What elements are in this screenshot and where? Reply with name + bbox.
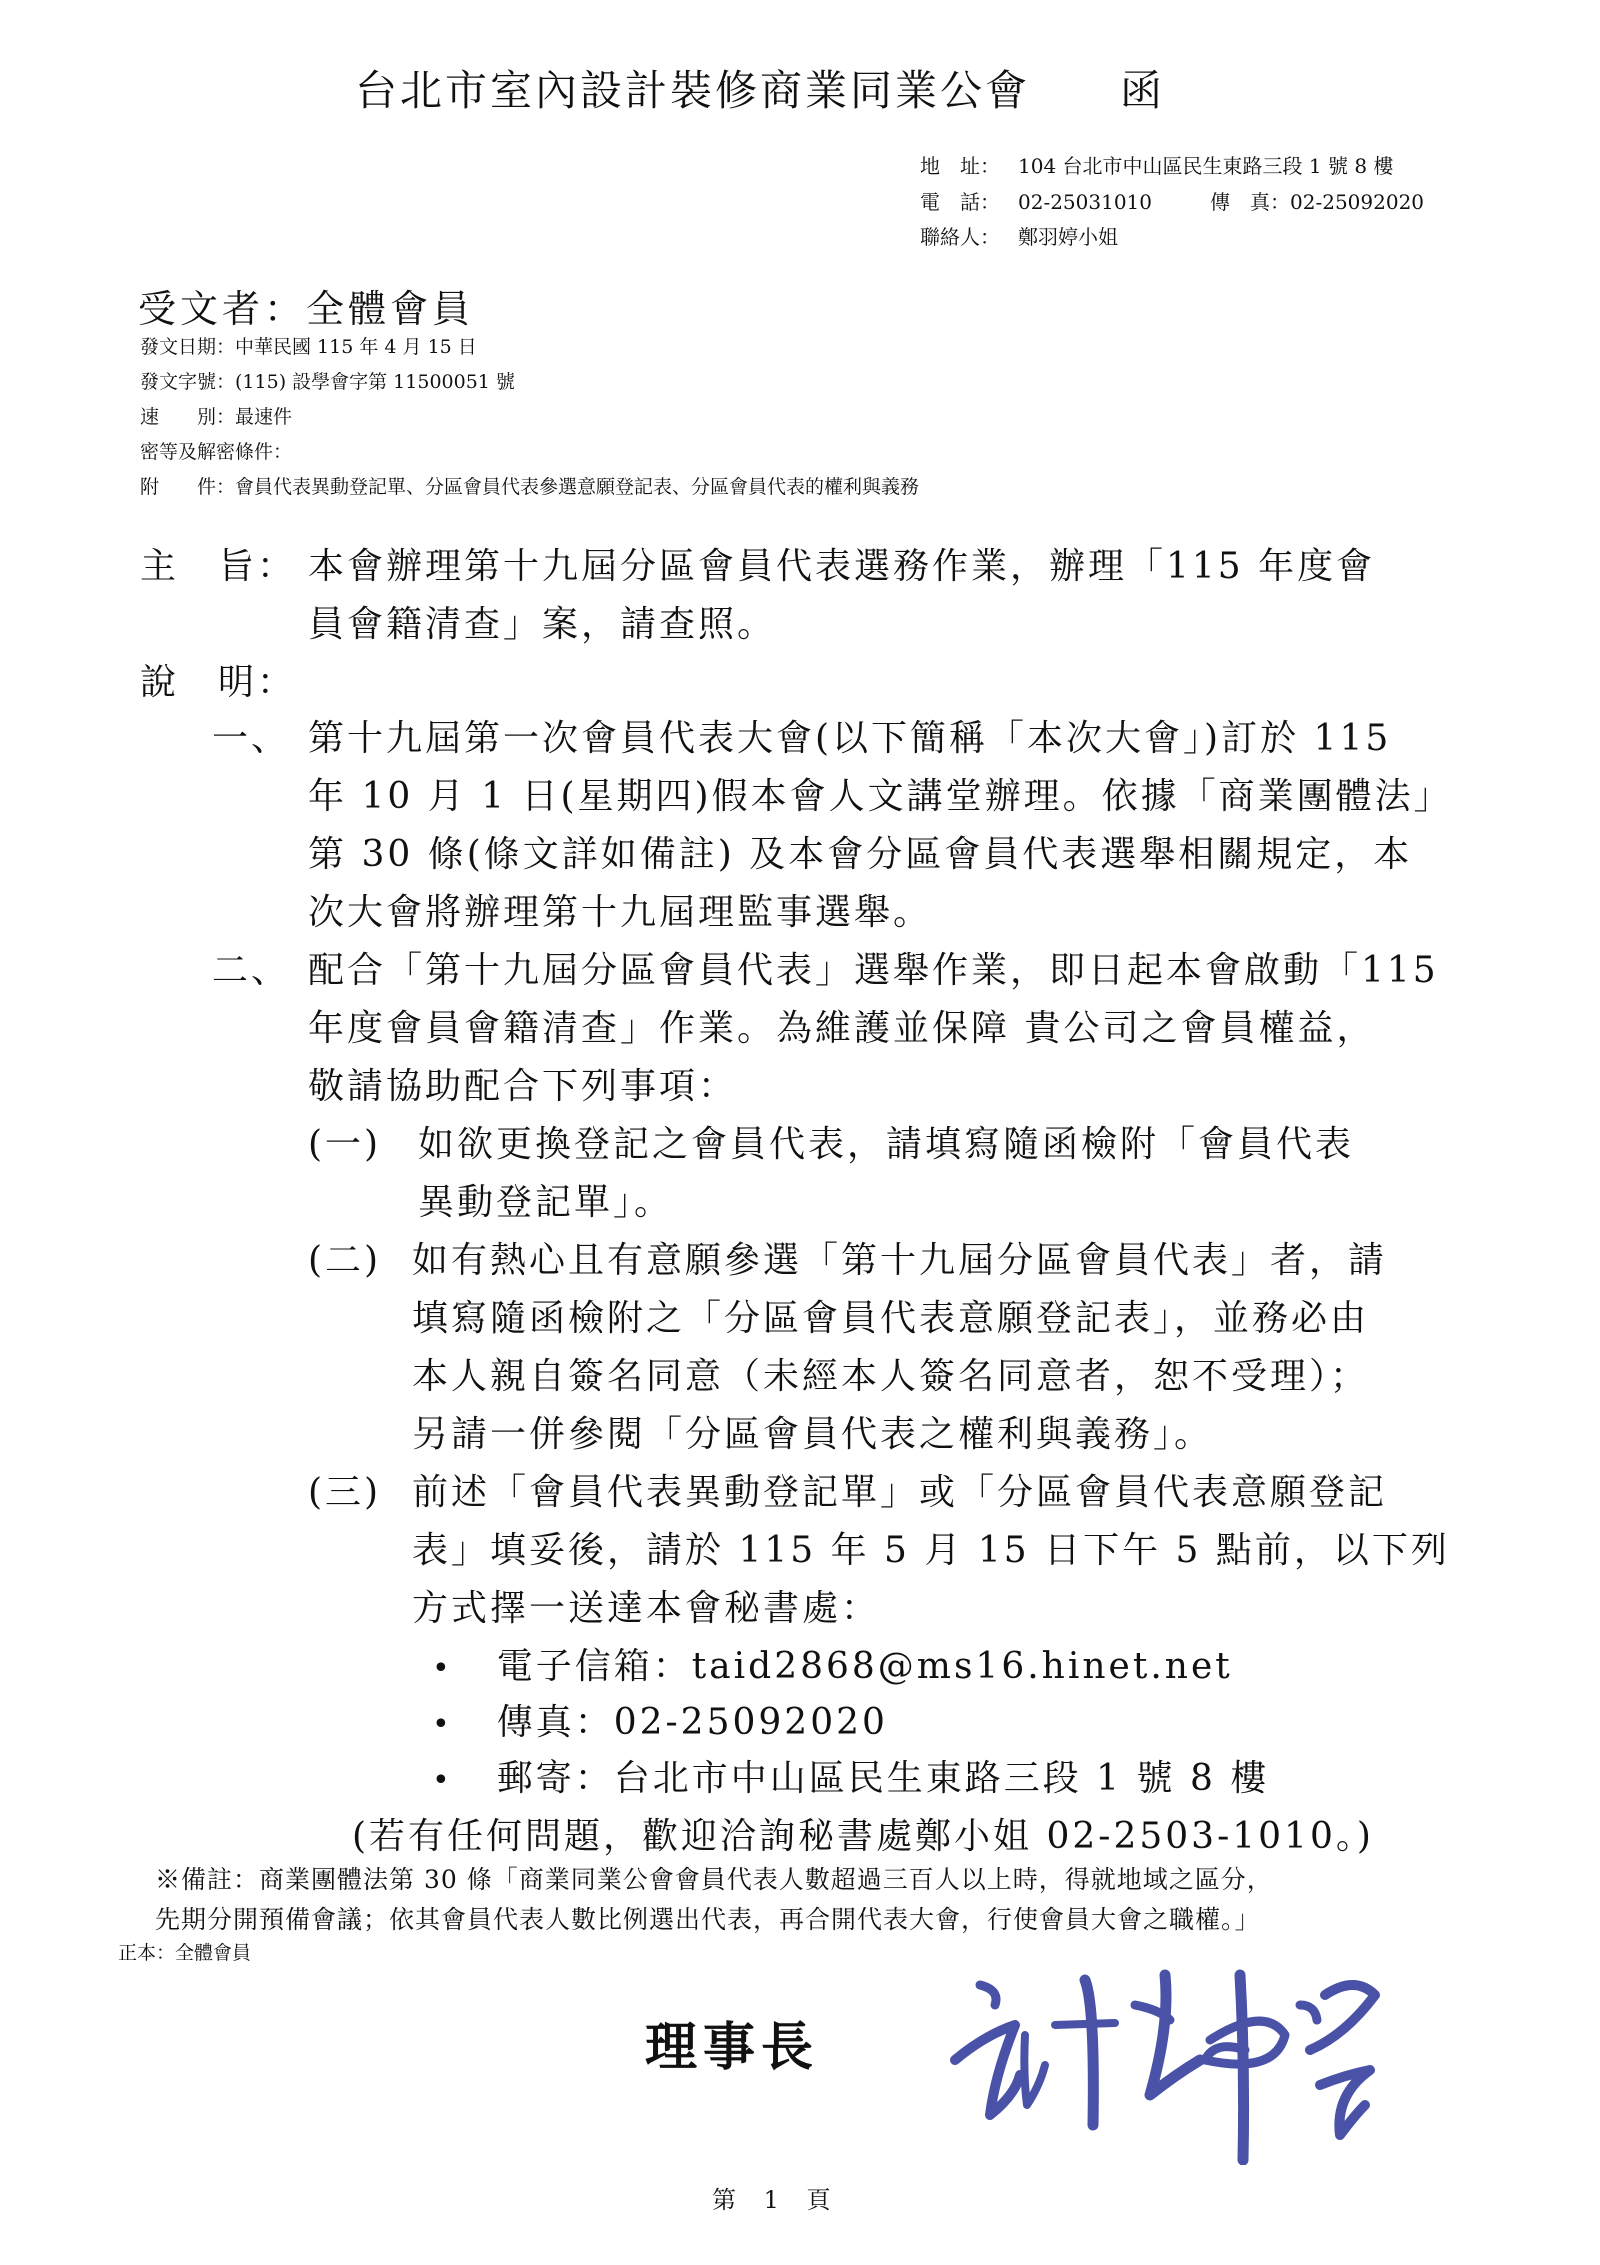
subitem-marker: (二) bbox=[308, 1232, 381, 1283]
remark-line: ※備註：商業團體法第 30 條「商業同業公會會員代表人數超過三百人以上時，得就地… bbox=[155, 1860, 1273, 1896]
issue-date: 發文日期：中華民國 115 年 4 月 15 日 bbox=[140, 332, 477, 359]
contact-phone-fax: 電 話：02-25031010傳 真：02-25092020 bbox=[920, 186, 1424, 215]
subitem-line: 表」填妥後，請於 115 年 5 月 15 日下午 5 點前，以下列 bbox=[412, 1522, 1450, 1573]
bullet-item-email: •電子信箱：taid2868@ms16.hinet.net bbox=[432, 1638, 1233, 1689]
copy-to: 正本：全體會員 bbox=[118, 1938, 251, 1965]
subitem-line: 填寫隨函檢附之「分區會員代表意願登記表」，並務必由 bbox=[412, 1290, 1369, 1341]
inquiry-note: (若有任何問題，歡迎洽詢秘書處鄭小姐 02-2503-1010。) bbox=[352, 1808, 1374, 1859]
signature-image bbox=[945, 1965, 1385, 2169]
explanation-label: 說 明： bbox=[140, 654, 296, 705]
doc-type: 函 bbox=[1120, 66, 1165, 115]
bullet-icon: • bbox=[432, 1707, 453, 1742]
speed-class: 速 別：最速件 bbox=[140, 402, 292, 429]
item-marker: 一、 bbox=[212, 710, 290, 761]
item-line: 年 10 月 1 日(星期四)假本會人文講堂辦理。依據「商業團體法」 bbox=[308, 768, 1453, 819]
subitem-line: 另請一併參閱「分區會員代表之權利與義務」。 bbox=[412, 1406, 1213, 1457]
subitem-line: 異動登記單」。 bbox=[418, 1174, 673, 1225]
item-line: 年度會員會籍清查」作業。為維護並保障 貴公司之會員權益， bbox=[308, 1000, 1375, 1051]
bullet-icon: • bbox=[432, 1763, 453, 1798]
org-name: 台北市室內設計裝修商業同業公會 bbox=[355, 66, 1030, 115]
contact-address: 地 址：104 台北市中山區民生東路三段 1 號 8 樓 bbox=[920, 150, 1393, 179]
item-line: 配合「第十九屆分區會員代表」選舉作業，即日起本會啟動「115 bbox=[308, 942, 1439, 993]
page-number: 第 1 頁 bbox=[712, 2180, 841, 2215]
chairman-title: 理事長 bbox=[645, 2005, 819, 2080]
document-header: 台北市室內設計裝修商業同業公會函 bbox=[355, 58, 1165, 118]
item-marker: 二、 bbox=[212, 942, 290, 993]
item-line: 次大會將辦理第十九屆理監事選舉。 bbox=[308, 884, 932, 935]
signature-icon bbox=[945, 1965, 1385, 2165]
secrecy-level: 密等及解密條件： bbox=[140, 437, 292, 464]
bullet-icon: • bbox=[432, 1651, 453, 1686]
subitem-marker: (一) bbox=[308, 1116, 381, 1167]
item-line: 敬請協助配合下列事項： bbox=[308, 1058, 737, 1109]
contact-person: 聯絡人：鄭羽婷小姐 bbox=[920, 221, 1118, 250]
subitem-line: 本人親自簽名同意（未經本人簽名同意者，恕不受理）； bbox=[412, 1348, 1369, 1399]
attachments: 附 件：會員代表異動登記單、分區會員代表參選意願登記表、分區會員代表的權利與義務 bbox=[140, 472, 919, 499]
item-line: 第十九屆第一次會員代表大會(以下簡稱「本次大會」)訂於 115 bbox=[308, 710, 1391, 761]
bullet-item-mail: •郵寄：台北市中山區民生東路三段 1 號 8 樓 bbox=[432, 1750, 1269, 1801]
subitem-line: 方式擇一送達本會秘書處： bbox=[412, 1580, 880, 1631]
subject-line: 本會辦理第十九屆分區會員代表選務作業，辦理「115 年度會 bbox=[308, 538, 1375, 589]
subitem-line: 如有熱心且有意願參選「第十九屆分區會員代表」者，請 bbox=[412, 1232, 1387, 1283]
subitem-line: 前述「會員代表異動登記單」或「分區會員代表意願登記 bbox=[412, 1464, 1387, 1515]
item-line: 第 30 條(條文詳如備註) 及本會分區會員代表選舉相關規定，本 bbox=[308, 826, 1412, 877]
issue-number: 發文字號：(115) 設學會字第 11500051 號 bbox=[140, 367, 515, 394]
subitem-marker: (三) bbox=[308, 1464, 381, 1515]
subject-line: 員會籍清查」案，請查照。 bbox=[308, 596, 776, 647]
subject-label: 主 旨： bbox=[140, 538, 296, 589]
subitem-line: 如欲更換登記之會員代表，請填寫隨函檢附「會員代表 bbox=[418, 1116, 1354, 1167]
remark-line: 先期分開預備會議；依其會員代表人數比例選出代表，再合開代表大會，行使會員大會之職… bbox=[155, 1900, 1261, 1936]
recipient: 受文者：全體會員 bbox=[138, 278, 474, 333]
bullet-item-fax: •傳真：02-25092020 bbox=[432, 1694, 888, 1745]
